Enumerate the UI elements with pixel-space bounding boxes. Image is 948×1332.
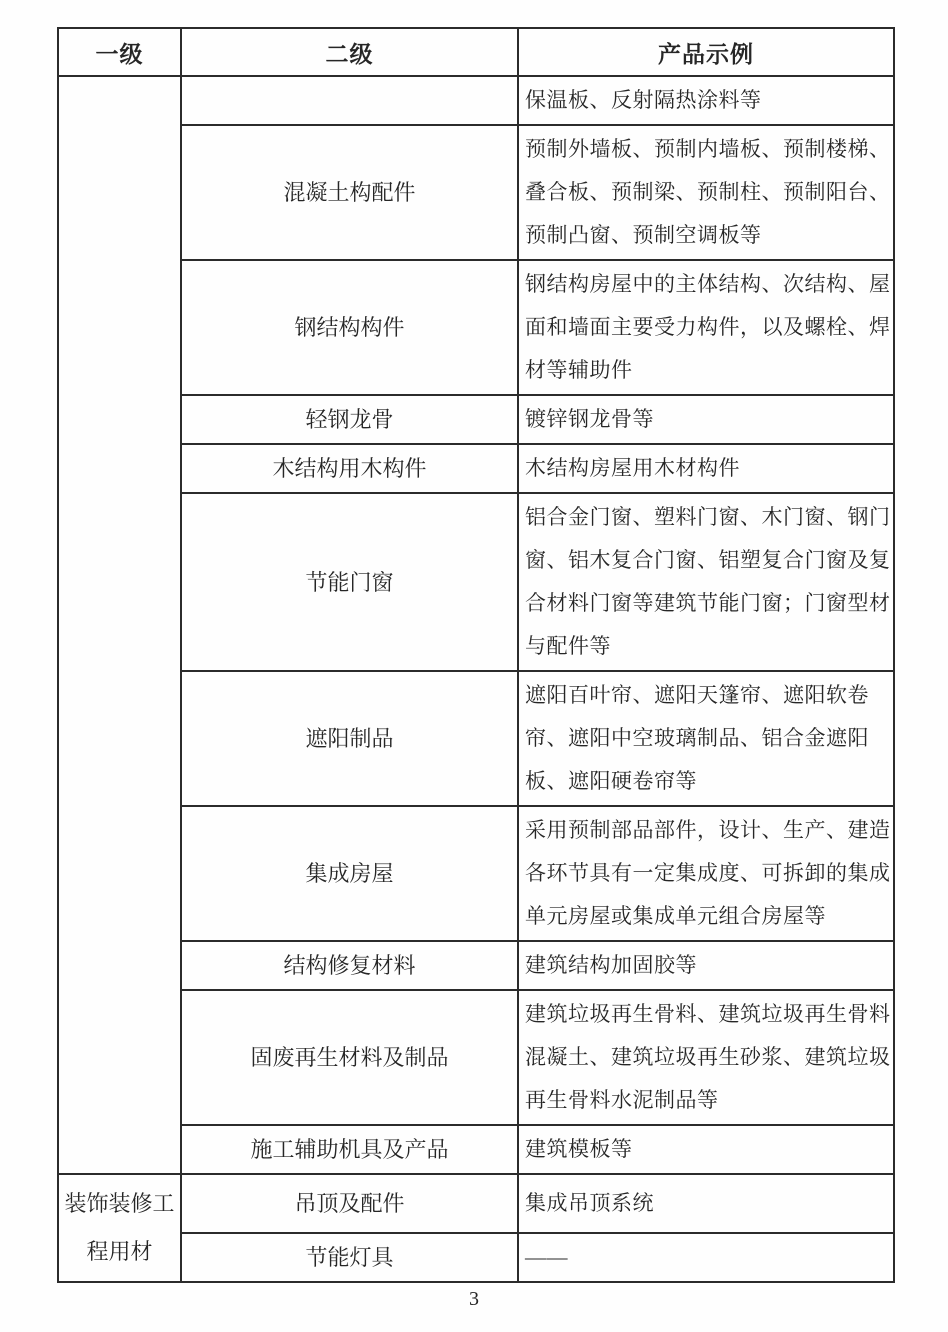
header-examples: 产品示例 <box>518 28 894 76</box>
row-products-cell: 铝合金门窗、塑料门窗、木门窗、钢门窗、铝木复合门窗、铝塑复合门窗及复合材料门窗等… <box>518 493 894 671</box>
row-level2-cell: 固废再生材料及制品 <box>181 990 518 1125</box>
table-header-row: 一级 二级 产品示例 <box>58 28 894 76</box>
row-products-cell: 建筑模板等 <box>518 1125 894 1174</box>
row-level2-cell: 结构修复材料 <box>181 941 518 990</box>
document-page: 一级 二级 产品示例 保温板、反射隔热涂料等 混凝土构配件 预制外墙板、预制内墙… <box>0 0 948 1332</box>
row-products-cell: 镀锌钢龙骨等 <box>518 395 894 444</box>
table-row: 节能门窗 铝合金门窗、塑料门窗、木门窗、钢门窗、铝木复合门窗、铝塑复合门窗及复合… <box>58 493 894 671</box>
row-products-cell: —— <box>518 1233 894 1282</box>
table-row: 木结构用木构件 木结构房屋用木材构件 <box>58 444 894 493</box>
document-table: 一级 二级 产品示例 保温板、反射隔热涂料等 混凝土构配件 预制外墙板、预制内墙… <box>57 27 895 1283</box>
row-level2-cell: 木结构用木构件 <box>181 444 518 493</box>
table-row: 施工辅助机具及产品 建筑模板等 <box>58 1125 894 1174</box>
table-row: 结构修复材料 建筑结构加固胶等 <box>58 941 894 990</box>
row-products-cell: 集成吊顶系统 <box>518 1174 894 1233</box>
row-level2-cell: 节能门窗 <box>181 493 518 671</box>
row-level2-cell: 混凝土构配件 <box>181 125 518 260</box>
row-level2-cell: 集成房屋 <box>181 806 518 941</box>
row-level2-cell: 施工辅助机具及产品 <box>181 1125 518 1174</box>
row-level2-cell: 节能灯具 <box>181 1233 518 1282</box>
table-row: 保温板、反射隔热涂料等 <box>58 76 894 125</box>
row-level2-cell: 轻钢龙骨 <box>181 395 518 444</box>
header-level1: 一级 <box>58 28 181 76</box>
row-level2-cell: 钢结构构件 <box>181 260 518 395</box>
row-level2-cell: 遮阳制品 <box>181 671 518 806</box>
row-products-cell: 预制外墙板、预制内墙板、预制楼梯、叠合板、预制梁、预制柱、预制阳台、预制凸窗、预… <box>518 125 894 260</box>
table-row: 节能灯具 —— <box>58 1233 894 1282</box>
table-row: 混凝土构配件 预制外墙板、预制内墙板、预制楼梯、叠合板、预制梁、预制柱、预制阳台… <box>58 125 894 260</box>
table-row: 固废再生材料及制品 建筑垃圾再生骨料、建筑垃圾再生骨料混凝土、建筑垃圾再生砂浆、… <box>58 990 894 1125</box>
header-level2: 二级 <box>181 28 518 76</box>
row-products-cell: 采用预制部品部件，设计、生产、建造各环节具有一定集成度、可拆卸的集成单元房屋或集… <box>518 806 894 941</box>
table-row: 遮阳制品 遮阳百叶帘、遮阳天篷帘、遮阳软卷帘、遮阳中空玻璃制品、铝合金遮阳板、遮… <box>58 671 894 806</box>
row-products-cell: 建筑结构加固胶等 <box>518 941 894 990</box>
row-level2-cell <box>181 76 518 125</box>
level1-group-cell <box>58 76 181 1174</box>
row-products-cell: 建筑垃圾再生骨料、建筑垃圾再生骨料混凝土、建筑垃圾再生砂浆、建筑垃圾再生骨料水泥… <box>518 990 894 1125</box>
row-products-cell: 保温板、反射隔热涂料等 <box>518 76 894 125</box>
row-level2-cell: 吊顶及配件 <box>181 1174 518 1233</box>
row-products-cell: 钢结构房屋中的主体结构、次结构、屋面和墙面主要受力构件，以及螺栓、焊材等辅助件 <box>518 260 894 395</box>
table-row: 轻钢龙骨 镀锌钢龙骨等 <box>58 395 894 444</box>
row-products-cell: 木结构房屋用木材构件 <box>518 444 894 493</box>
level1-group-cell: 装饰装修工程用材 <box>58 1174 181 1282</box>
table-row: 集成房屋 采用预制部品部件，设计、生产、建造各环节具有一定集成度、可拆卸的集成单… <box>58 806 894 941</box>
table-row: 钢结构构件 钢结构房屋中的主体结构、次结构、屋面和墙面主要受力构件，以及螺栓、焊… <box>58 260 894 395</box>
page-number: 3 <box>0 1288 948 1311</box>
table-row: 装饰装修工程用材 吊顶及配件 集成吊顶系统 <box>58 1174 894 1233</box>
row-products-cell: 遮阳百叶帘、遮阳天篷帘、遮阳软卷帘、遮阳中空玻璃制品、铝合金遮阳板、遮阳硬卷帘等 <box>518 671 894 806</box>
